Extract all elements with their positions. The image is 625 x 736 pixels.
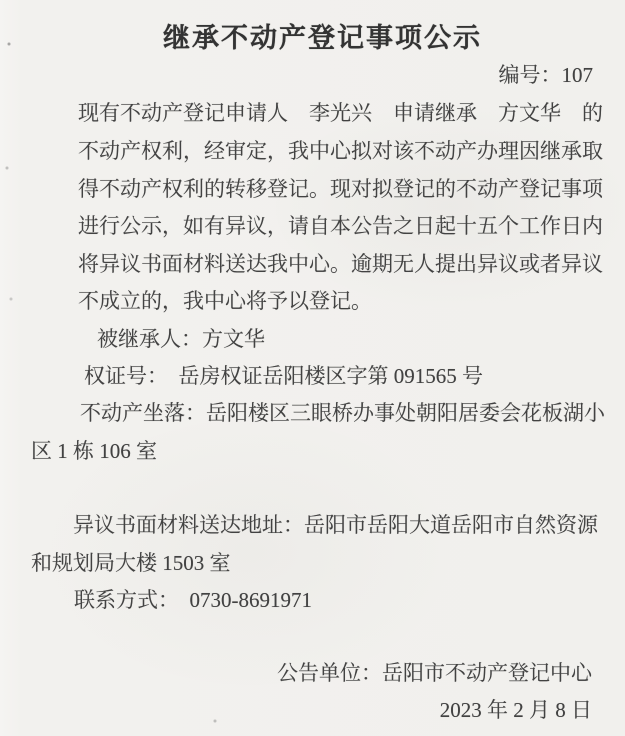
issuer-line: 公告单位：岳阳市不动产登记中心 <box>277 660 592 687</box>
objection-address-line-1: 异议书面材料送达地址：岳阳市岳阳大道岳阳市自然资源 <box>73 512 598 539</box>
contact-line: 联系方式： 0730-8691971 <box>74 587 312 614</box>
paragraph-line: 得不动产权利的转移登记。现对拟登记的不动产登记事项 <box>78 176 603 203</box>
paragraph-line: 进行公示，如有异议，请自本公告之日起十五个工作日内 <box>78 213 603 240</box>
notice-page: 继承不动产登记事项公示 编号：107 现有不动产登记申请人 李光兴 申请继承 方… <box>0 0 625 736</box>
paragraph-line: 不动产权利，经审定，我中心拟对该不动产办理因继承取 <box>78 138 603 165</box>
paragraph-line: 将异议书面材料送达我中心。逾期无人提出异议或者异议 <box>78 251 603 278</box>
notice-title: 继承不动产登记事项公示 <box>20 16 625 55</box>
property-location-line-1: 不动产坐落：岳阳楼区三眼桥办事处朝阳居委会花板湖小 <box>80 400 605 427</box>
doc-number: 编号：107 <box>499 62 594 89</box>
paragraph-line: 现有不动产登记申请人 李光兴 申请继承 方文华 的 <box>78 100 603 127</box>
decedent-line: 被继承人：方文华 <box>97 326 265 353</box>
paragraph-line: 不成立的，我中心将予以登记。 <box>78 288 372 315</box>
date-line: 2023 年 2 月 8 日 <box>440 697 592 724</box>
property-location-line-2: 区 1 栋 106 室 <box>31 438 157 465</box>
certificate-number-line: 权证号： 岳房权证岳阳楼区字第 091565 号 <box>84 363 483 390</box>
objection-address-line-2: 和规划局大楼 1503 室 <box>31 550 231 577</box>
